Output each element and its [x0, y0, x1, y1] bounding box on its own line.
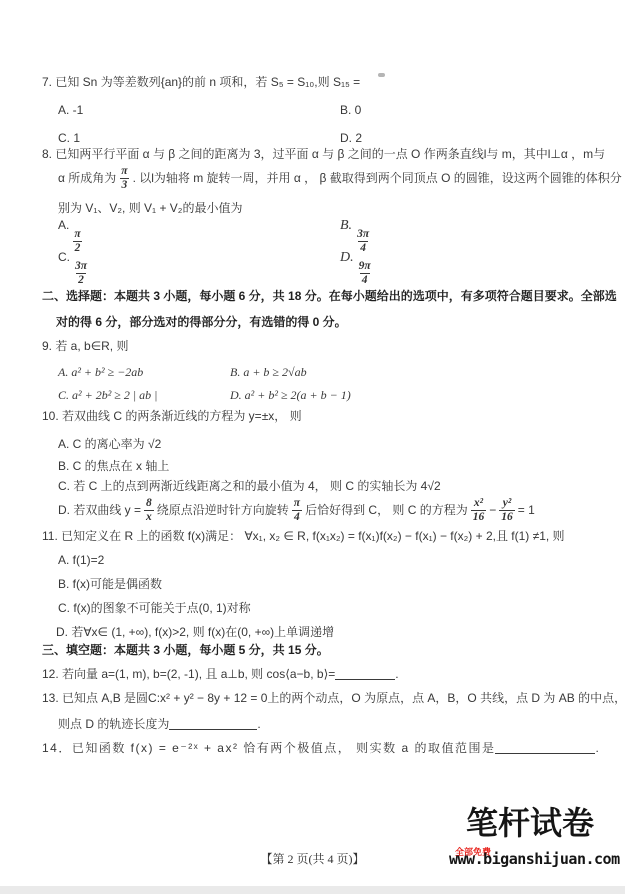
- q11-option-a: A. f(1)=2: [42, 552, 609, 568]
- q13-answer-blank: [169, 717, 257, 730]
- q7-options-row-1: A. -1 B. 0: [42, 102, 609, 118]
- q8-stem-line-2: α 所成角为π3. 以l为轴将 m 旋转一周，并用 α ， β 截取得到两个同顶…: [42, 164, 609, 192]
- q8-option-c: C.3π2: [58, 250, 340, 285]
- q10-fraction-8-x: 8x: [144, 497, 154, 522]
- bottom-scan-strip: [0, 886, 625, 894]
- watermark-url: www.biganshijuan.com: [449, 850, 620, 868]
- section-2-line-2: 对的得 6 分，部分选对的得部分分，有选错的得 0 分。: [42, 314, 609, 330]
- question-13: 13. 已知点 A,B 是圆C:x² + y² − 8y + 12 = 0上的两…: [42, 690, 609, 732]
- q7-option-d: D. 2: [340, 130, 609, 146]
- q8-option-d: D.9π4: [340, 250, 609, 285]
- q10-fraction-y2-16: y²16: [499, 497, 515, 522]
- section-2-line-1: 二、选择题：本题共 3 小题，每小题 6 分，共 18 分。在每小题给出的选项中…: [42, 288, 609, 304]
- q13-tail: .: [257, 717, 260, 731]
- q9-option-a: A. a² + b² ≥ −2ab: [58, 364, 230, 380]
- q8-options-row-2: C.3π2 D.9π4: [42, 254, 609, 282]
- q10-option-a: A. C 的离心率为 √2: [42, 436, 609, 452]
- q8-option-b: B.3π4: [340, 218, 609, 253]
- q12-tail: .: [395, 667, 398, 681]
- q8-line2-text-post: . 以l为轴将 m 旋转一周，并用 α ， β 截取得到两个同顶点 O 的圆锥，…: [133, 170, 622, 186]
- q8-stem-line-1: 8. 已知两平行平面 α 与 β 之间的距离为 3，过平面 α 与 β 之间的一…: [42, 146, 609, 162]
- q9-options-row-1: A. a² + b² ≥ −2ab B. a + b ≥ 2√ab: [42, 364, 609, 380]
- q13-stem-line-1: 13. 已知点 A,B 是圆C:x² + y² − 8y + 12 = 0上的两…: [42, 690, 609, 706]
- q10-option-b: B. C 的焦点在 x 轴上: [42, 458, 609, 474]
- q7-options-row-2: C. 1 D. 2: [42, 130, 609, 146]
- q11-option-d: D. 若∀x∈ (1, +∞), f(x)>2, 则 f(x)在(0, +∞)上…: [42, 624, 609, 640]
- q14-answer-blank: [495, 741, 595, 754]
- question-12: 12. 若向量 a=(1, m), b=(2, -1), 且 a⊥b, 则 co…: [42, 666, 609, 682]
- q8-option-a-label: A.: [58, 218, 69, 232]
- q10-option-d-end: = 1: [518, 502, 535, 518]
- q8-option-d-fraction: 9π4: [357, 260, 373, 285]
- q7-stem: 7. 已知 Sn 为等差数列{an}的前 n 项和，若 S₅ = S₁₀,则 S…: [42, 74, 609, 90]
- q8-option-d-label: D.: [340, 250, 354, 265]
- question-7: 7. 已知 Sn 为等差数列{an}的前 n 项和，若 S₅ = S₁₀,则 S…: [42, 74, 609, 146]
- q9-options-row-2: C. a² + 2b² ≥ 2 | ab | D. a² + b² ≥ 2(a …: [42, 387, 609, 403]
- q10-stem: 10. 若双曲线 C 的两条渐近线的方程为 y=±x， 则: [42, 408, 609, 424]
- q11-option-c: C. f(x)的图象不可能关于点(0, 1)对称: [42, 600, 609, 616]
- q14-tail: .: [595, 741, 600, 755]
- q10-option-d: D. 若双曲线 y =8x绕原点沿逆时针方向旋转π4后恰好得到 C， 则 C 的…: [42, 496, 609, 524]
- q7-option-b: B. 0: [340, 102, 609, 118]
- q11-option-b: B. f(x)可能是偶函数: [42, 576, 609, 592]
- q14-stem: 14．已知函数 f(x) = e⁻²ˣ + ax² 恰有两个极值点， 则实数 a…: [42, 740, 609, 756]
- q8-line2-text-pre: α 所成角为: [58, 170, 116, 186]
- question-9: 9. 若 a, b∈R, 则 A. a² + b² ≥ −2ab B. a + …: [42, 338, 609, 403]
- q9-stem: 9. 若 a, b∈R, 则: [42, 338, 609, 354]
- q9-option-d: D. a² + b² ≥ 2(a + b − 1): [230, 387, 609, 403]
- q14-text: 14．已知函数 f(x) = e⁻²ˣ + ax² 恰有两个极值点， 则实数 a…: [42, 741, 495, 755]
- q10-option-d-minus: −: [489, 502, 496, 518]
- question-14: 14．已知函数 f(x) = e⁻²ˣ + ax² 恰有两个极值点， 则实数 a…: [42, 740, 609, 756]
- q7-option-c: C. 1: [58, 130, 340, 146]
- q11-stem: 11. 已知定义在 R 上的函数 f(x)满足： ∀x₁, x₂ ∈ R, f(…: [42, 528, 609, 544]
- q8-option-c-label: C.: [58, 250, 70, 264]
- exam-page: 7. 已知 Sn 为等差数列{an}的前 n 项和，若 S₅ = S₁₀,则 S…: [0, 0, 625, 894]
- question-10: 10. 若双曲线 C 的两条渐近线的方程为 y=±x， 则 A. C 的离心率为…: [42, 408, 609, 524]
- q8-fraction-pi-3: π3: [119, 165, 129, 190]
- q10-option-c: C. 若 C 上的点到两渐近线距离之和的最小值为 4， 则 C 的实轴长为 4√…: [42, 478, 609, 494]
- watermark-brand: 笔杆试卷: [466, 804, 594, 842]
- q13-stem-line-2: 则点 D 的轨迹长度为.: [42, 716, 609, 732]
- q10-option-d-mid2: 后恰好得到 C， 则 C 的方程为: [305, 502, 468, 518]
- q12-answer-blank: [335, 667, 395, 680]
- q8-option-c-fraction: 3π2: [73, 260, 89, 285]
- q8-options-row-1: A.π2 B.3π4: [42, 222, 609, 250]
- q8-option-b-label: B.: [340, 218, 352, 233]
- section-3-line-1: 三、填空题：本题共 3 小题，每小题 5 分，共 15 分。: [42, 642, 609, 658]
- section-3-header: 三、填空题：本题共 3 小题，每小题 5 分，共 15 分。: [42, 642, 609, 658]
- question-11: 11. 已知定义在 R 上的函数 f(x)满足： ∀x₁, x₂ ∈ R, f(…: [42, 528, 609, 640]
- q8-stem-line-3: 别为 V₁、V₂, 则 V₁ + V₂的最小值为: [42, 200, 609, 216]
- q13-line2-text: 则点 D 的轨迹长度为: [58, 717, 169, 731]
- q7-option-a: A. -1: [58, 102, 340, 118]
- question-8: 8. 已知两平行平面 α 与 β 之间的距离为 3，过平面 α 与 β 之间的一…: [42, 146, 609, 282]
- q10-option-d-mid1: 绕原点沿逆时针方向旋转: [157, 502, 289, 518]
- q9-option-b: B. a + b ≥ 2√ab: [230, 364, 609, 380]
- q10-option-d-pre: D. 若双曲线 y =: [58, 502, 141, 518]
- q8-option-a: A.π2: [58, 218, 340, 253]
- q10-fraction-x2-16: x²16: [471, 497, 487, 522]
- q9-option-c: C. a² + 2b² ≥ 2 | ab |: [58, 387, 230, 403]
- q12-text: 12. 若向量 a=(1, m), b=(2, -1), 且 a⊥b, 则 co…: [42, 667, 335, 681]
- q12-stem: 12. 若向量 a=(1, m), b=(2, -1), 且 a⊥b, 则 co…: [42, 666, 609, 682]
- section-2-header: 二、选择题：本题共 3 小题，每小题 6 分，共 18 分。在每小题给出的选项中…: [42, 288, 609, 330]
- q10-fraction-pi-4: π4: [292, 497, 302, 522]
